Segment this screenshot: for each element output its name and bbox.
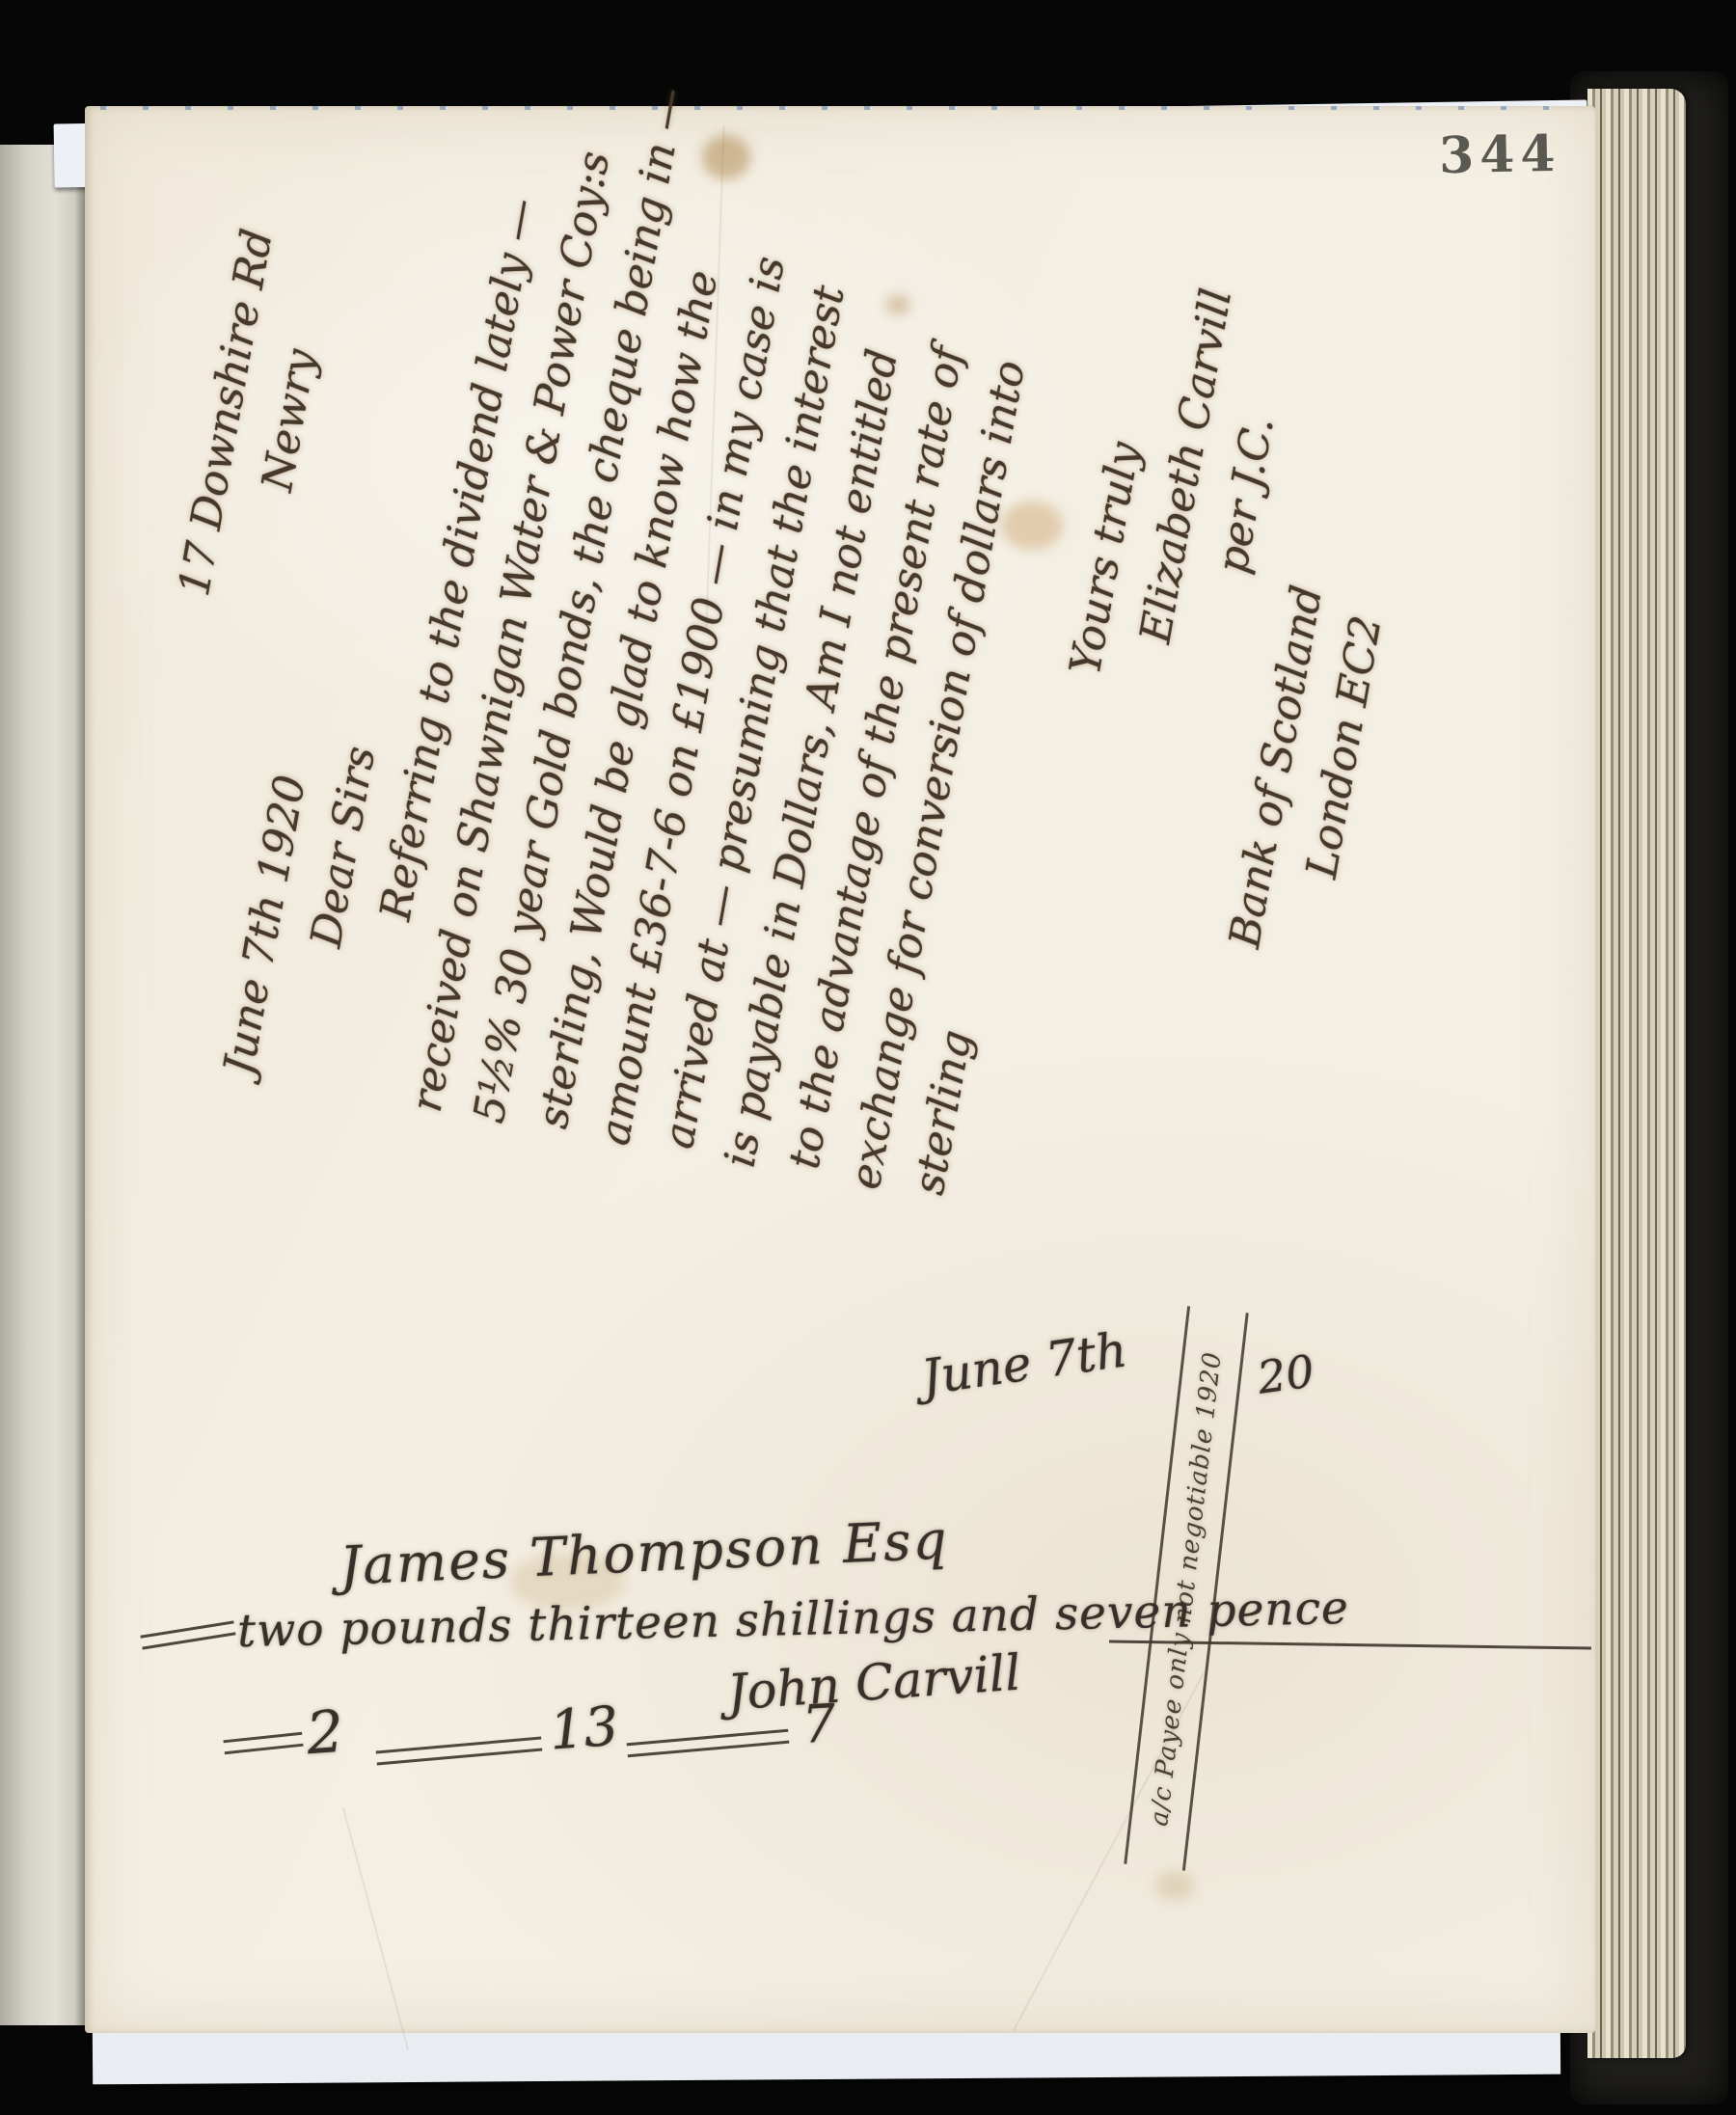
amount-pounds: 2 (305, 1698, 346, 1768)
fox-stain (1155, 1871, 1194, 1900)
amount-pence: 7 (800, 1693, 837, 1755)
amount-shillings: 13 (548, 1695, 621, 1763)
fox-stain (702, 135, 750, 179)
sewn-edge-dotted-line (100, 106, 1586, 110)
page-number-stamp: 344 (1438, 124, 1561, 185)
photo-background: { "page": { "number": "344" }, "letter":… (0, 0, 1736, 2115)
annotation-year: 20 (1255, 1344, 1317, 1404)
facing-page-edge (0, 145, 89, 2025)
paper-crease (341, 1807, 409, 2050)
page-stack-edge (1587, 89, 1686, 2058)
